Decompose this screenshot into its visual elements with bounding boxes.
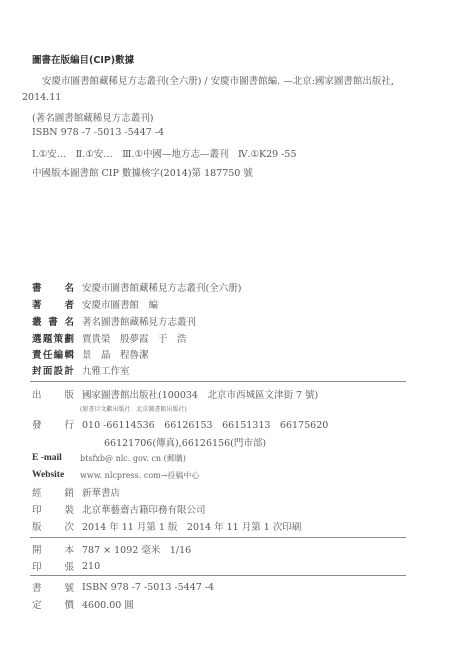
label-char: 銷 bbox=[64, 485, 74, 499]
colophon-row-email: E -mail btsfxb@ nlc. gov. cn (郵購) bbox=[32, 450, 186, 466]
label-char: 劃 bbox=[64, 331, 74, 345]
colophon-row-edition: 版 次 2014 年 11 月第 1 版 2014 年 11 月第 1 次印刷 bbox=[32, 518, 301, 534]
value-title: 安慶市圖書館藏稀見方志叢刊(全六册) bbox=[82, 280, 241, 294]
value-email: btsfxb@ nlc. gov. cn (郵購) bbox=[80, 453, 186, 464]
label-series: 叢 書 名 bbox=[32, 314, 74, 328]
label-char: 定 bbox=[32, 597, 42, 611]
label-char: 張 bbox=[64, 559, 74, 573]
cip-number: 中國版本圖書館 CIP 數據核字(2014)第 187750 號 bbox=[32, 165, 253, 179]
label-char: 經 bbox=[32, 485, 42, 499]
label-char: 裝 bbox=[64, 502, 74, 516]
value-distribution-phones: 010 -66114536 66126153 66151313 66175620 bbox=[82, 417, 328, 431]
label-char: 版 bbox=[64, 387, 74, 401]
label-char: 價 bbox=[64, 597, 74, 611]
label-char: 本 bbox=[64, 542, 74, 556]
colophon-row-website: Website www. nlcpress. com→投稿中心 bbox=[32, 467, 199, 483]
cip-isbn: ISBN 978 -7 -5013 -5447 -4 bbox=[32, 127, 164, 138]
cip-date: 2014.11 bbox=[22, 92, 61, 103]
colophon-row-editor: 責 任 編 輯 景 晶 程魯潔 bbox=[32, 346, 149, 362]
colophon-row-distribution: 發 行 010 -66114536 66126153 66151313 6617… bbox=[32, 416, 328, 432]
colophon-row-printer: 印 裝 北京華藝齋古籍印務有限公司 bbox=[32, 501, 206, 517]
value-author: 安慶市圖書館 編 bbox=[82, 297, 158, 311]
label-title: 書 名 bbox=[32, 280, 74, 294]
label-char: 發 bbox=[32, 417, 42, 431]
colophon-row-cover-design: 封 面 設 計 九雅工作室 bbox=[32, 362, 130, 378]
label-char: 叢 bbox=[32, 314, 42, 328]
value-format: 787 × 1092 毫米 1/16 bbox=[82, 542, 191, 556]
label-isbn: 書 號 bbox=[32, 580, 74, 594]
label-char: 面 bbox=[43, 363, 53, 377]
label-char: 書 bbox=[48, 314, 58, 328]
label-char: 印 bbox=[32, 559, 42, 573]
colophon-row-title: 書 名 安慶市圖書館藏稀見方志叢刊(全六册) bbox=[32, 279, 241, 295]
value-cover-design: 九雅工作室 bbox=[82, 363, 130, 377]
label-email: E -mail bbox=[32, 453, 74, 463]
colophon-row-isbn: 書 號 ISBN 978 -7 -5013 -5447 -4 bbox=[32, 579, 214, 595]
colophon-row-format: 開 本 787 × 1092 毫米 1/16 bbox=[32, 541, 191, 557]
label-char: 版 bbox=[32, 519, 42, 533]
label-char: 策 bbox=[54, 331, 64, 345]
label-author: 著 者 bbox=[32, 297, 74, 311]
label-char: 任 bbox=[43, 347, 53, 361]
cip-title: 圖書在版編目(CIP)數據 bbox=[32, 52, 134, 66]
label-char: 封 bbox=[32, 363, 42, 377]
label-char: 責 bbox=[32, 347, 42, 361]
value-isbn: ISBN 978 -7 -5013 -5447 -4 bbox=[82, 582, 214, 593]
label-format: 開 本 bbox=[32, 542, 74, 556]
label-publisher: 出 版 bbox=[32, 387, 74, 401]
cip-classification: Ⅰ.①安… Ⅱ.①安… Ⅲ.①中國—地方志—叢刊 Ⅳ.①K29 -55 bbox=[32, 146, 297, 160]
label-char: 名 bbox=[64, 314, 74, 328]
label-char: 選 bbox=[32, 331, 42, 345]
colophon-row-dealer: 經 銷 新華書店 bbox=[32, 484, 120, 500]
label-char: 者 bbox=[64, 297, 74, 311]
label-char: 編 bbox=[54, 347, 64, 361]
label-char: 出 bbox=[32, 387, 42, 401]
label-char: 題 bbox=[43, 331, 53, 345]
label-edition: 版 次 bbox=[32, 519, 74, 533]
label-char: 書 bbox=[32, 280, 42, 294]
divider-rule bbox=[30, 381, 406, 382]
value-dealer: 新華書店 bbox=[82, 485, 120, 499]
value-sheets: 210 bbox=[82, 561, 100, 572]
label-website: Website bbox=[32, 470, 74, 480]
cip-series: (著名圖書館藏稀見方志叢刊) bbox=[32, 110, 153, 124]
label-planning: 選 題 策 劃 bbox=[32, 331, 74, 345]
value-printer: 北京華藝齋古籍印務有限公司 bbox=[82, 502, 206, 516]
label-dealer: 經 銷 bbox=[32, 485, 74, 499]
label-char: 次 bbox=[64, 519, 74, 533]
value-planning: 賈貴榮 殷夢霞 于 浩 bbox=[82, 331, 187, 345]
label-char: 著 bbox=[32, 297, 42, 311]
value-editor: 景 晶 程魯潔 bbox=[82, 347, 149, 361]
colophon-row-planning: 選 題 策 劃 賈貴榮 殷夢霞 于 浩 bbox=[32, 330, 187, 346]
label-char: 設 bbox=[54, 363, 64, 377]
colophon-row-series: 叢 書 名 著名圖書館藏稀見方志叢刊 bbox=[32, 313, 196, 329]
label-char: 書 bbox=[32, 580, 42, 594]
label-char: 行 bbox=[64, 417, 74, 431]
label-cover-design: 封 面 設 計 bbox=[32, 363, 74, 377]
label-printer: 印 裝 bbox=[32, 502, 74, 516]
colophon-row-author: 著 者 安慶市圖書館 編 bbox=[32, 296, 158, 312]
publisher-former-names: (原書目文獻出版社 北京圖書館出版社) bbox=[80, 404, 187, 413]
colophon-row-sheets: 印 張 210 bbox=[32, 558, 100, 574]
value-edition: 2014 年 11 月第 1 版 2014 年 11 月第 1 次印刷 bbox=[82, 519, 301, 533]
label-distribution: 發 行 bbox=[32, 417, 74, 431]
label-char: 名 bbox=[64, 280, 74, 294]
colophon-row-publisher: 出 版 國家圖書館出版社(100034 北京市西城區文津街 7 號) bbox=[32, 386, 318, 402]
divider-rule bbox=[30, 537, 406, 538]
colophon-row-price: 定 價 4600.00 圓 bbox=[32, 596, 134, 612]
label-char: 輯 bbox=[64, 347, 74, 361]
value-publisher: 國家圖書館出版社(100034 北京市西城區文津街 7 號) bbox=[82, 387, 318, 401]
label-char: 計 bbox=[64, 363, 74, 377]
label-editor: 責 任 編 輯 bbox=[32, 347, 74, 361]
label-char: 印 bbox=[32, 502, 42, 516]
label-sheets: 印 張 bbox=[32, 559, 74, 573]
label-char: 開 bbox=[32, 542, 42, 556]
value-distribution-fax: 66121706(傳真),66126156(門市部) bbox=[104, 435, 266, 449]
value-price: 4600.00 圓 bbox=[82, 597, 134, 611]
value-series: 著名圖書館藏稀見方志叢刊 bbox=[82, 314, 196, 328]
cip-catalog-line: 安慶市圖書館藏稀見方志叢刊(全六册) / 安慶市圖書館編. —北京:國家圖書館出… bbox=[42, 73, 394, 87]
label-char: 號 bbox=[64, 580, 74, 594]
divider-rule bbox=[30, 575, 406, 576]
value-website: www. nlcpress. com→投稿中心 bbox=[80, 470, 199, 481]
label-price: 定 價 bbox=[32, 597, 74, 611]
